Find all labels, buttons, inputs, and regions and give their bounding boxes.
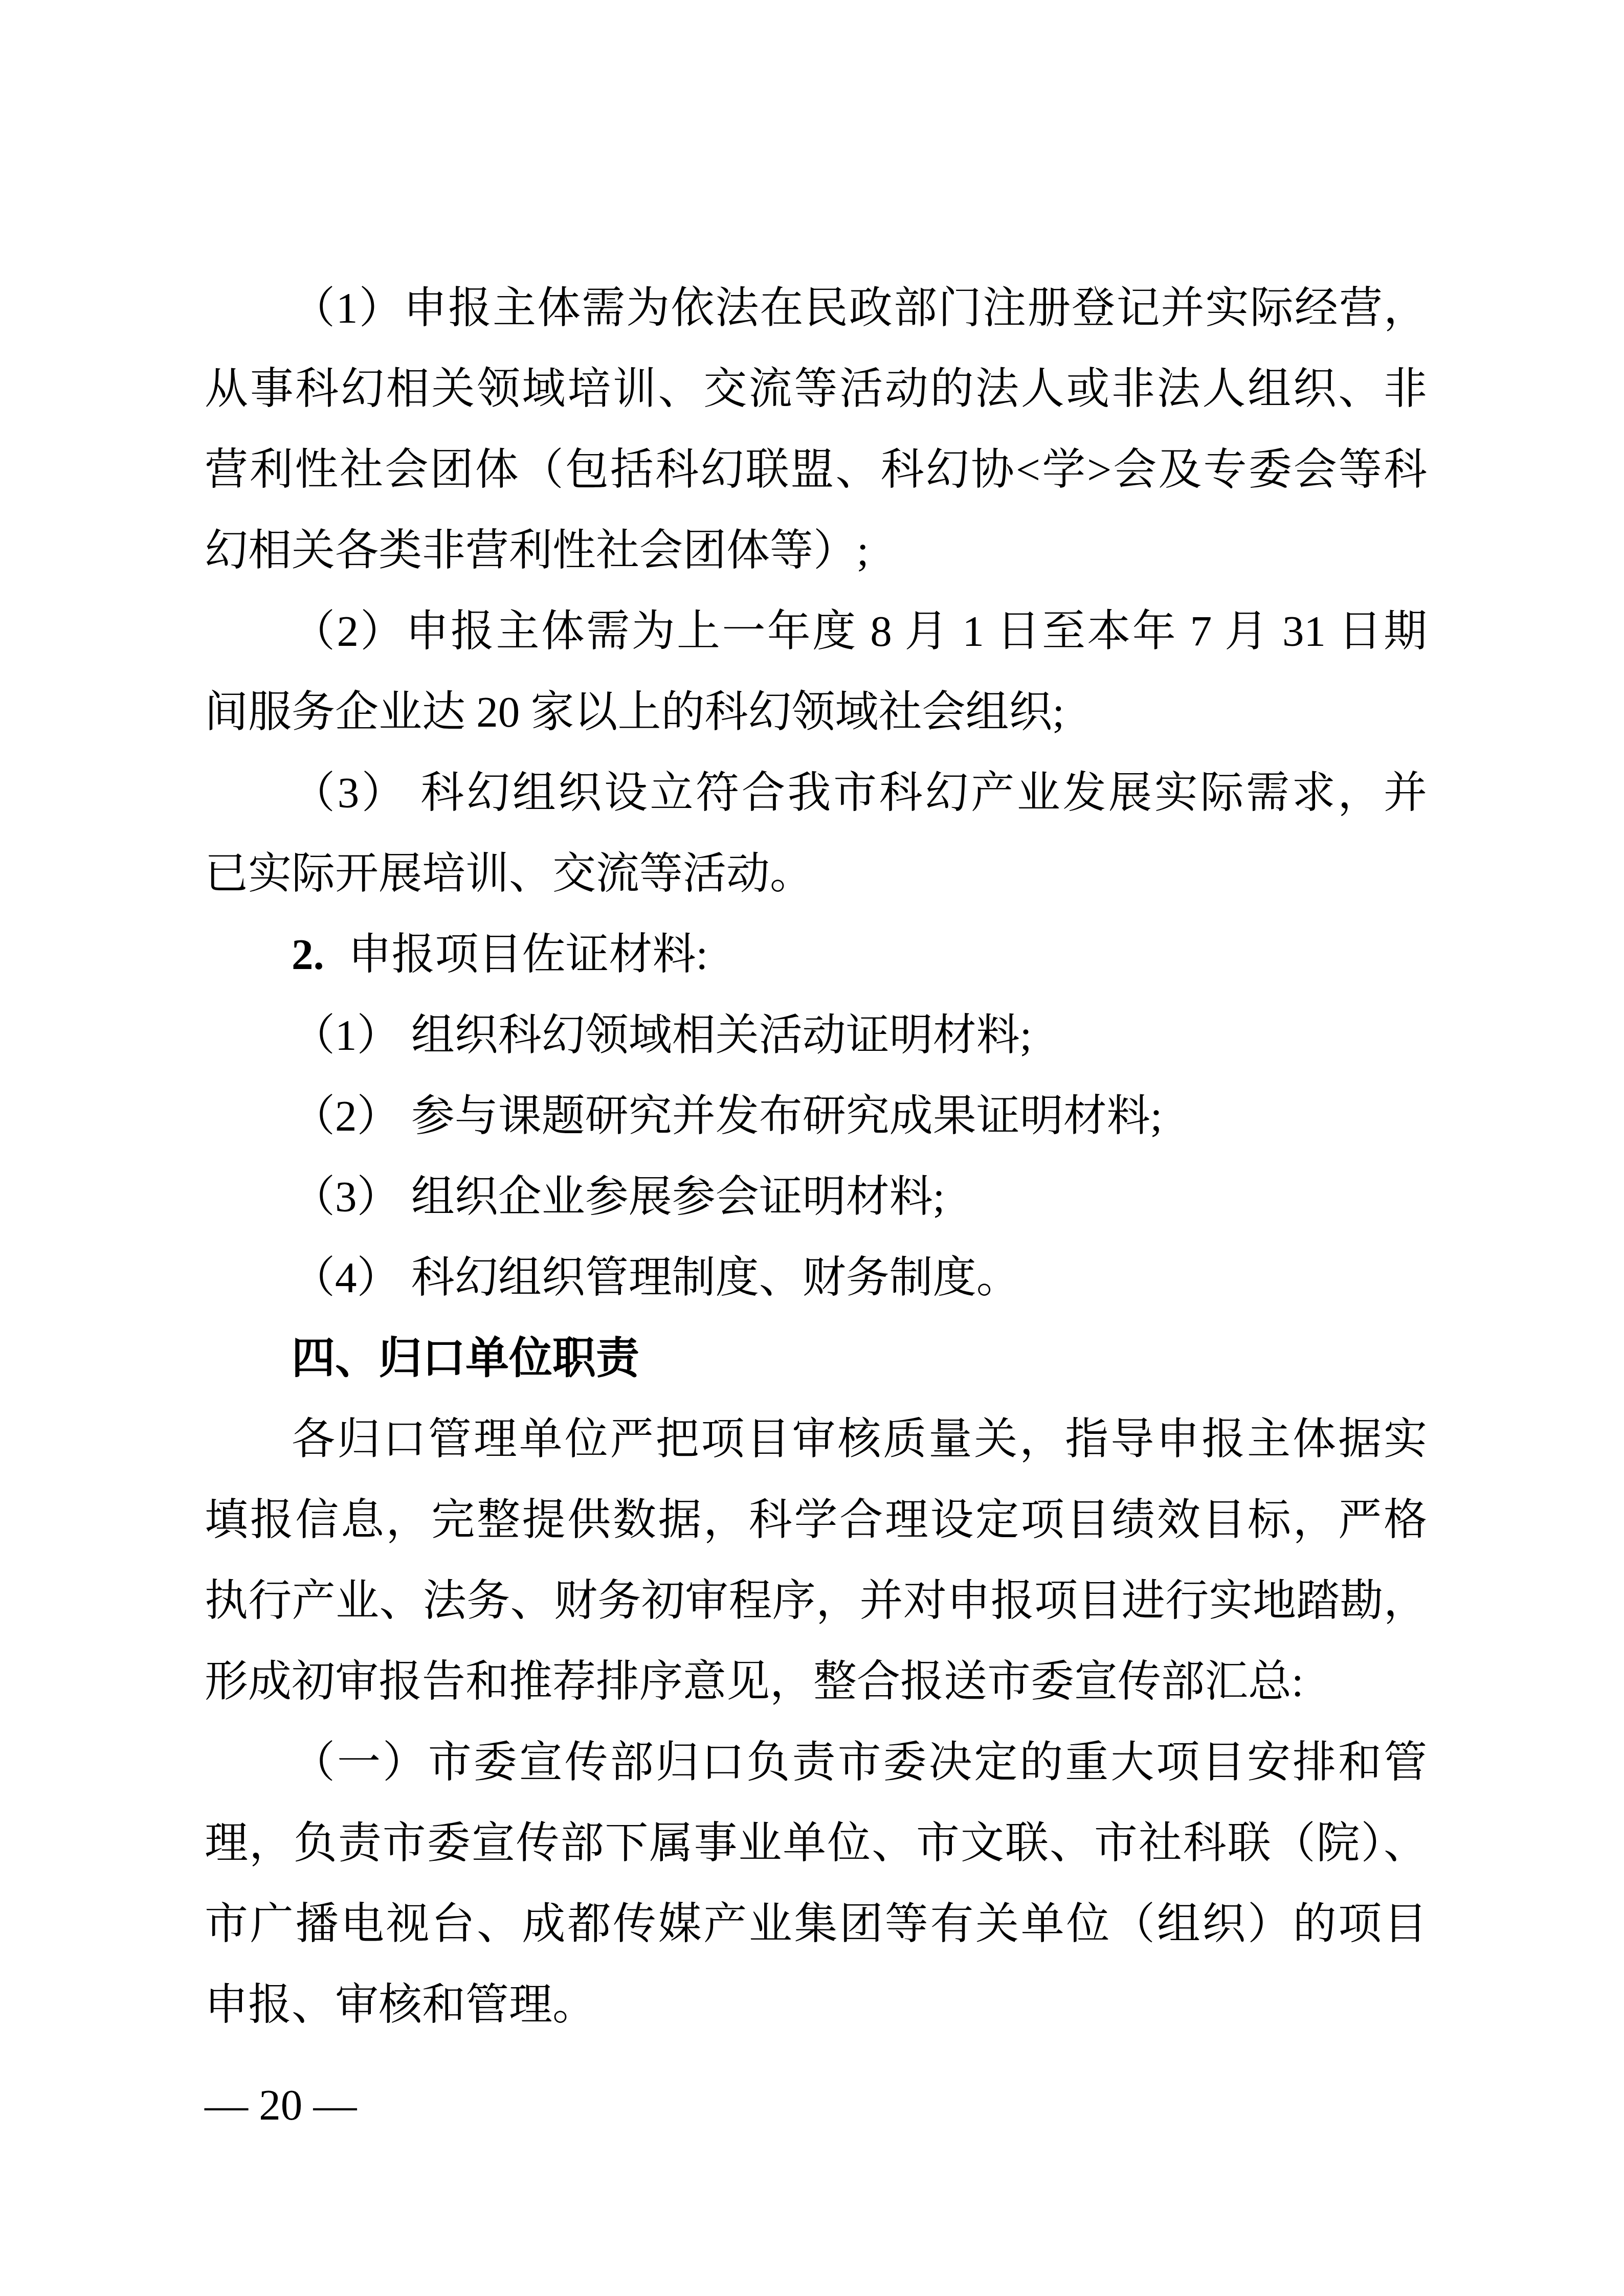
document-page: （1）申报主体需为依法在民政部门注册登记并实际经营， 从事科幻相关领域培训、交流… [0,0,1624,2296]
text-line: （3） 科幻组织设立符合我市科幻产业发展实际需求，并 [205,753,1427,834]
text-line: 从事科幻相关领域培训、交流等活动的法人或非法人组织、非 [205,349,1427,430]
text-line: 市广播电视台、成都传媒产业集团等有关单位（组织）的项目 [205,1884,1427,1965]
text-line: 各归口管理单位严把项目审核质量关，指导申报主体据实 [205,1399,1427,1480]
list-title: 申报项目佐证材料: [348,931,708,979]
text-line: （1） 组织科幻领域相关活动证明材料; [205,995,1427,1076]
text-line: 填报信息，完整提供数据，科学合理设定项目绩效目标，严格 [205,1480,1427,1561]
text-line: 理，负责市委宣传部下属事业单位、市文联、市社科联（院）、 [205,1803,1427,1884]
text-line: 执行产业、法务、财务初审程序，并对申报项目进行实地踏勘， [205,1561,1427,1641]
text-line: 2.申报项目佐证材料: [205,914,1427,995]
text-line: （3） 组织企业参展参会证明材料; [205,1157,1427,1237]
section-heading: 四、归口单位职责 [205,1318,1427,1399]
text-line: 已实际开展培训、交流等活动。 [205,834,1427,914]
text-block: （1）申报主体需为依法在民政部门注册登记并实际经营， 从事科幻相关领域培训、交流… [205,268,1427,2045]
text-line: 幻相关各类非营利性社会团体等）; [205,510,1427,591]
page-number: — 20 — [205,2077,357,2133]
text-line: （2）申报主体需为上一年度 8 月 1 日至本年 7 月 31 日期 [205,591,1427,672]
text-line: （一）市委宣传部归口负责市委决定的重大项目安排和管 [205,1722,1427,1803]
text-line: （2） 参与课题研究并发布研究成果证明材料; [205,1076,1427,1157]
text-line: 营利性社会团体（包括科幻联盟、科幻协<学>会及专委会等科 [205,430,1427,510]
text-line: 申报、审核和管理。 [205,1965,1427,2045]
text-line: （1）申报主体需为依法在民政部门注册登记并实际经营， [205,268,1427,349]
text-line: （4） 科幻组织管理制度、财务制度。 [205,1237,1427,1318]
text-line: 形成初审报告和推荐排序意见，整合报送市委宣传部汇总: [205,1641,1427,1722]
list-number: 2. [292,931,324,979]
text-line: 间服务企业达 20 家以上的科幻领域社会组织; [205,672,1427,753]
